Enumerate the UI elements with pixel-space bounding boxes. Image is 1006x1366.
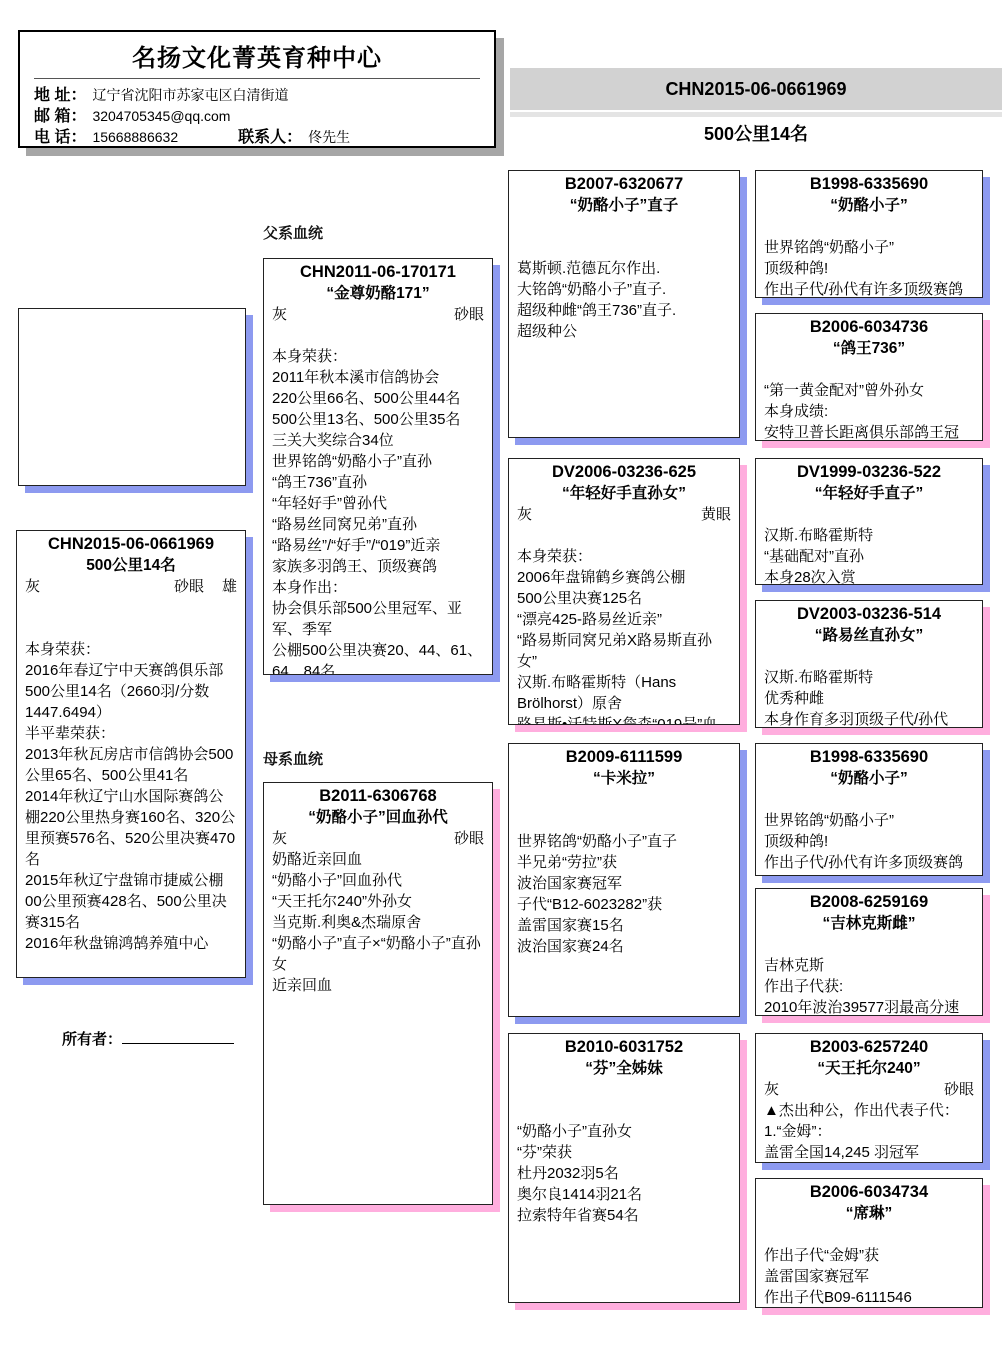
divider [34,78,480,79]
grandsire-paternal-box: B2007-6320677 “奶酪小子”直子 葛斯顿.范德瓦尔作出. 大铭鸽“奶… [508,170,740,438]
achievements-text: 作出子代“金姆”获 盖雷国家赛冠军 作出子代B09-6111546 [764,1224,974,1308]
achievements-text: ▲杰出种公，作出代表子代： 1.“金姆”： 盖雷全国14,245 羽冠军 [764,1100,974,1163]
address-label: 地 址： [34,85,86,106]
pigeon-name: “鸽王736” [764,338,974,359]
pigeon-name: “卡米拉” [517,768,731,789]
achievements-text: “第一黄金配对”曾外孙女 本身成绩: 安特卫普长距离俱乐部鸽王冠 [764,359,974,441]
sire-line-label: 父系血统 [263,222,323,243]
pigeon-name: “奶酪小子” [764,768,974,789]
pigeon-name: “天王托尔240” [764,1058,974,1079]
ring-number: DV2003-03236-514 [764,604,974,625]
sire-box: CHN2011-06-170171 “金尊奶酪171” 灰 砂眼 本身荣获： 2… [263,258,493,675]
phone-row: 电 话： 15668886632 联系人： 佟先生 [34,127,480,148]
eye-value: 砂眼 [454,304,484,325]
owner-blank-line [122,1029,234,1044]
great-grandparent-box-7: B2003-6257240 “天王托尔240” 灰 砂眼 ▲杰出种公，作出代表子… [755,1033,983,1163]
pigeon-name: 500公里14名 [25,555,237,576]
ring-number: B2008-6259169 [764,892,974,913]
achievements-text: 汉斯.布略霍斯特 “基础配对”直孙 本身28次入赏 [764,504,974,585]
ring-number: B2006-6034736 [764,317,974,338]
achievements-text: 汉斯.布略霍斯特 优秀种雌 本身作育多羽顶级子代/孙代 [764,646,974,728]
pigeon-name: “奶酪小子”直子 [517,195,731,216]
traits-row: 灰 黄眼 [517,504,731,525]
dam-box: B2011-6306768 “奶酪小子”回血孙代 灰 砂眼 奶酪近亲回血 “奶酪… [263,782,493,1205]
granddam-maternal-box: B2010-6031752 “芬”全姊妹 “奶酪小子”直孙女 “芬”荣获 杜丹2… [508,1033,740,1303]
eye-value: 砂眼 [174,576,204,597]
ring-number: B2007-6320677 [517,174,731,195]
email-label: 邮 箱： [34,106,86,127]
ring-number: CHN2015-06-0661969 [25,534,237,555]
email-row: 邮 箱： 3204705345@qq.com [34,106,480,127]
achievements-text: 世界铭鸽“奶酪小子” 顶级种鸽! 作出子代/孙代有许多顶级赛鸽 [764,789,974,873]
phone-value: 15668886632 [92,127,178,148]
eye-value: 砂眼 [454,828,484,849]
ring-bar-strip [510,112,1002,117]
contact-value: 佟先生 [308,127,350,148]
color-value: 灰 [764,1079,944,1100]
granddam-paternal-box: DV2006-03236-625 “年轻好手直孙女” 灰 黄眼 本身荣获： 20… [508,458,740,725]
achievements-text: 奶酪近亲回血 “奶酪小子”回血孙代 “天王托尔240”外孙女 当克斯.利奥&杰瑞… [272,849,484,996]
pigeon-name: “年轻好手直孙女” [517,483,731,504]
achievements-text: 世界铭鸽“奶酪小子” 顶级种鸽! 作出子代/孙代有许多顶级赛鸽 [764,216,974,298]
color-value: 灰 [25,576,174,597]
contact-label: 联系人： [238,127,302,148]
dam-line-label: 母系血统 [263,748,323,769]
subject-pigeon-box: CHN2015-06-0661969 500公里14名 灰 砂眼 雄 本身荣获：… [16,530,246,978]
pigeon-photo-placeholder [18,308,246,486]
ring-number: B2010-6031752 [517,1037,731,1058]
traits-row: 灰 砂眼 [272,828,484,849]
contact-group: 联系人： 佟先生 [238,127,350,148]
traits-row: 灰 砂眼 雄 [25,576,237,597]
ring-number: B2003-6257240 [764,1037,974,1058]
achievements-text: 葛斯顿.范德瓦尔作出. 大铭鸽“奶酪小子”直子. 超级种雌“鸽王736”直子. … [517,216,731,342]
pigeon-name: “年轻好手直子” [764,483,974,504]
great-grandparent-box-5: B1998-6335690 “奶酪小子” 世界铭鸽“奶酪小子” 顶级种鸽! 作出… [755,743,983,876]
great-grandparent-box-6: B2008-6259169 “吉林克斯雌” 吉林克斯 作出子代获: 2010年波… [755,888,983,1016]
color-value: 灰 [272,304,454,325]
pigeon-name: “芬”全姊妹 [517,1058,731,1079]
ring-number: B2011-6306768 [272,786,484,807]
achievements-text: 本身荣获： 2011年秋本溪市信鸽协会 220公里66名、500公里44名 50… [272,325,484,675]
ring-number-bar: CHN2015-06-0661969 [510,68,1002,110]
achievements-text: 吉林克斯 作出子代获: 2010年波治39577羽最高分速 [764,934,974,1016]
pigeon-name: “席琳” [764,1203,974,1224]
ring-number: CHN2011-06-170171 [272,262,484,283]
color-value: 灰 [517,504,701,525]
great-grandparent-box-2: B2006-6034736 “鸽王736” “第一黄金配对”曾外孙女 本身成绩:… [755,313,983,441]
result-title: 500公里14名 [510,120,1002,148]
great-grandparent-box-8: B2006-6034734 “席琳” 作出子代“金姆”获 盖雷国家赛冠军 作出子… [755,1178,983,1308]
achievements-text: “奶酪小子”直孙女 “芬”荣获 杜丹2032羽5名 奥尔良1414羽21名 拉索… [517,1079,731,1226]
address-value: 辽宁省沈阳市苏家屯区白清街道 [92,85,288,106]
phone-label: 电 话： [34,127,86,148]
achievements-text: 世界铭鸽“奶酪小子”直子 半兄弟“劳拉”获 波治国家赛冠军 子代“B12-602… [517,789,731,957]
ring-number: DV1999-03236-522 [764,462,974,483]
ring-number: B2006-6034734 [764,1182,974,1203]
owner-row: 所有者： [62,1028,234,1049]
sex-value: 雄 [222,576,237,597]
grandsire-maternal-box: B2009-6111599 “卡米拉” 世界铭鸽“奶酪小子”直子 半兄弟“劳拉”… [508,743,740,1017]
breeder-name: 名扬文化菁英育种中心 [34,38,480,73]
address-row: 地 址： 辽宁省沈阳市苏家屯区白清街道 [34,85,480,106]
ring-number: B1998-6335690 [764,174,974,195]
ring-number: B2009-6111599 [517,747,731,768]
ring-number: B1998-6335690 [764,747,974,768]
pigeon-name: “奶酪小子”回血孙代 [272,807,484,828]
pigeon-name: “吉林克斯雌” [764,913,974,934]
eye-value: 黄眼 [701,504,731,525]
achievements-text: 本身荣获： 2006年盘锦鹤乡赛鸽公棚 500公里决赛125名 “漂亮425-路… [517,525,731,725]
eye-value: 砂眼 [944,1079,974,1100]
ring-number: DV2006-03236-625 [517,462,731,483]
traits-row: 灰 砂眼 [764,1079,974,1100]
pigeon-name: “路易丝直孙女” [764,625,974,646]
traits-row: 灰 砂眼 [272,304,484,325]
owner-label: 所有者： [62,1031,122,1048]
achievements-text: 本身荣获： 2016年春辽宁中天赛鸽俱乐部500公里14名（2660羽/分数14… [25,597,237,954]
great-grandparent-box-3: DV1999-03236-522 “年轻好手直子” 汉斯.布略霍斯特 “基础配对… [755,458,983,585]
pigeon-name: “奶酪小子” [764,195,974,216]
great-grandparent-box-1: B1998-6335690 “奶酪小子” 世界铭鸽“奶酪小子” 顶级种鸽! 作出… [755,170,983,298]
great-grandparent-box-4: DV2003-03236-514 “路易丝直孙女” 汉斯.布略霍斯特 优秀种雌 … [755,600,983,728]
color-value: 灰 [272,828,454,849]
breeder-card: 名扬文化菁英育种中心 地 址： 辽宁省沈阳市苏家屯区白清街道 邮 箱： 3204… [18,30,496,148]
pigeon-name: “金尊奶酪171” [272,283,484,304]
email-value: 3204705345@qq.com [92,106,230,127]
